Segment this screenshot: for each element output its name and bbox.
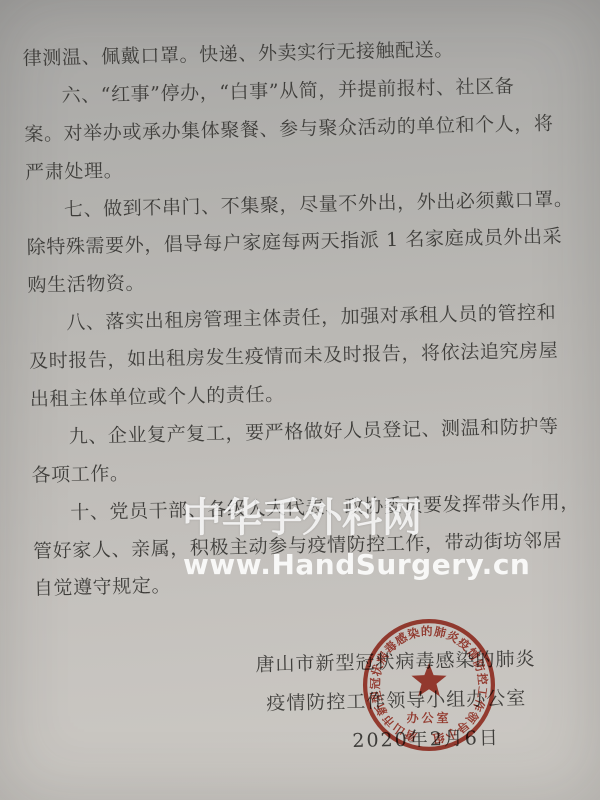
paper-page: 律测温、佩戴口罩。快递、外卖实行无接触配送。六、“红事”停办，“白事”从简，并提… xyxy=(0,0,600,800)
seal-office-label: 办公室 xyxy=(407,710,452,725)
watermark-site-name: 中华手外科网 xyxy=(182,486,422,543)
document-photo: 律测温、佩戴口罩。快递、外卖实行无接触配送。六、“红事”停办，“白事”从简，并提… xyxy=(0,0,600,800)
official-seal-icon: 唐山市新型冠状病毒感染的肺炎疫情防控工作领导小组 办公室 xyxy=(358,614,500,756)
seal-star-icon xyxy=(411,663,446,696)
watermark-site-url: www.HandSurgery.cn xyxy=(183,548,530,581)
